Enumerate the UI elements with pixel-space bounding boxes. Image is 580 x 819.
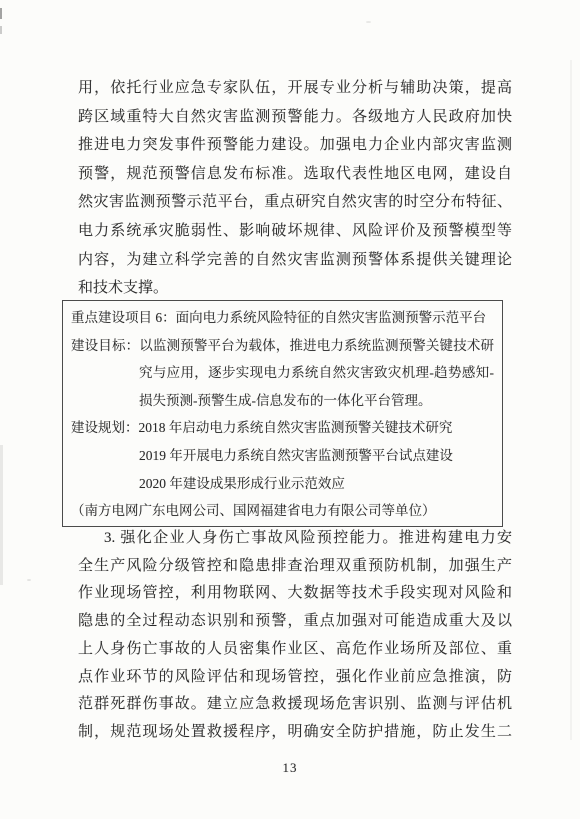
text-line: 范群死群伤事故。建立应急救援现场危害识别、监测与评估机: [78, 691, 512, 719]
text-line: 内容，为建立科学完善的自然灾害监测预警体系提供关键理论: [78, 246, 512, 275]
box-goal-line: 建设目标：以监测预警平台为载体，推进电力系统监测预警关键技术研: [71, 332, 494, 360]
box-plan-2020-line: 2020 年建设成果形成行业示范效应: [71, 470, 494, 498]
scan-smudge-left: [0, 445, 3, 585]
scanned-document-page: 用，依托行业应急专家队伍，开展专业分析与辅助决策，提高 跨区域重特大自然灾害监测…: [0, 0, 580, 819]
box-units-line: （南方电网广东电网公司、国网福建省电力有限公司等单位）: [71, 497, 494, 525]
text-line: 点作业环节的风险评估和现场管控，强化作业前应急推演，防: [78, 664, 512, 692]
scan-speck: [27, 579, 31, 581]
text-line: 隐患的全过程动态识别和预警，重点加强对可能造成重大及以: [78, 608, 512, 636]
box-plan-2019-line: 2019 年开展电力系统自然灾害监测预警平台试点建设: [71, 442, 494, 470]
text-line: 然灾害监测预警示范平台，重点研究自然灾害的时空分布特征、: [78, 188, 512, 217]
text-line: 上人身伤亡事故的人员密集作业区、高危作业场所及部位、重: [78, 636, 512, 664]
text-line: 用，依托行业应急专家队伍，开展专业分析与辅助决策，提高: [78, 74, 512, 103]
scan-streak-right: [570, 60, 572, 740]
text-line: 跨区域重特大自然灾害监测预警能力。各级地方人民政府加快: [78, 103, 512, 132]
text-line: 电力系统承灾脆弱性、影响破坏规律、风险评价及预警模型等: [78, 217, 512, 246]
box-goal-cont-line: 究与应用，逐步实现电力系统自然灾害致灾机理-趋势感知-: [71, 359, 494, 387]
text-line: 和技术支撑。: [78, 274, 512, 303]
box-title-line: 重点建设项目 6：面向电力系统风险特征的自然灾害监测预警示范平台: [71, 304, 494, 332]
text-line: 制，规范现场处置救援程序，明确安全防护措施，防止发生二: [78, 719, 512, 747]
scan-speck: [366, 21, 371, 23]
scan-edge-mark: [0, 8, 2, 19]
box-goal-cont-line: 损失预测-预警生成-信息发布的一体化平台管理。: [71, 387, 494, 415]
box-plan-2018-line: 建设规划：2018 年启动电力系统自然灾害监测预警关键技术研究: [71, 414, 494, 442]
text-line: 推进电力突发事件预警能力建设。加强电力企业内部灾害监测: [78, 131, 512, 160]
text-line: 3. 强化企业人身伤亡事故风险预控能力。推进构建电力安: [78, 525, 512, 553]
text-line: 作业现场管控，利用物联网、大数据等技术手段实现对风险和: [78, 580, 512, 608]
text-line: 预警，规范预警信息发布标准。选取代表性地区电网，建设自: [78, 160, 512, 189]
text-line: 全生产风险分级管控和隐患排查治理双重预防机制，加强生产: [78, 553, 512, 581]
paragraph-disaster-warning: 用，依托行业应急专家队伍，开展专业分析与辅助决策，提高 跨区域重特大自然灾害监测…: [78, 74, 512, 303]
paragraph-risk-precontrol: 3. 强化企业人身伤亡事故风险预控能力。推进构建电力安 全生产风险分级管控和隐患…: [78, 525, 512, 747]
key-project-6-box: 重点建设项目 6：面向电力系统风险特征的自然灾害监测预警示范平台 建设目标：以监…: [62, 300, 503, 527]
scan-edge-mark: [0, 26, 2, 34]
page-number: 13: [0, 760, 580, 776]
